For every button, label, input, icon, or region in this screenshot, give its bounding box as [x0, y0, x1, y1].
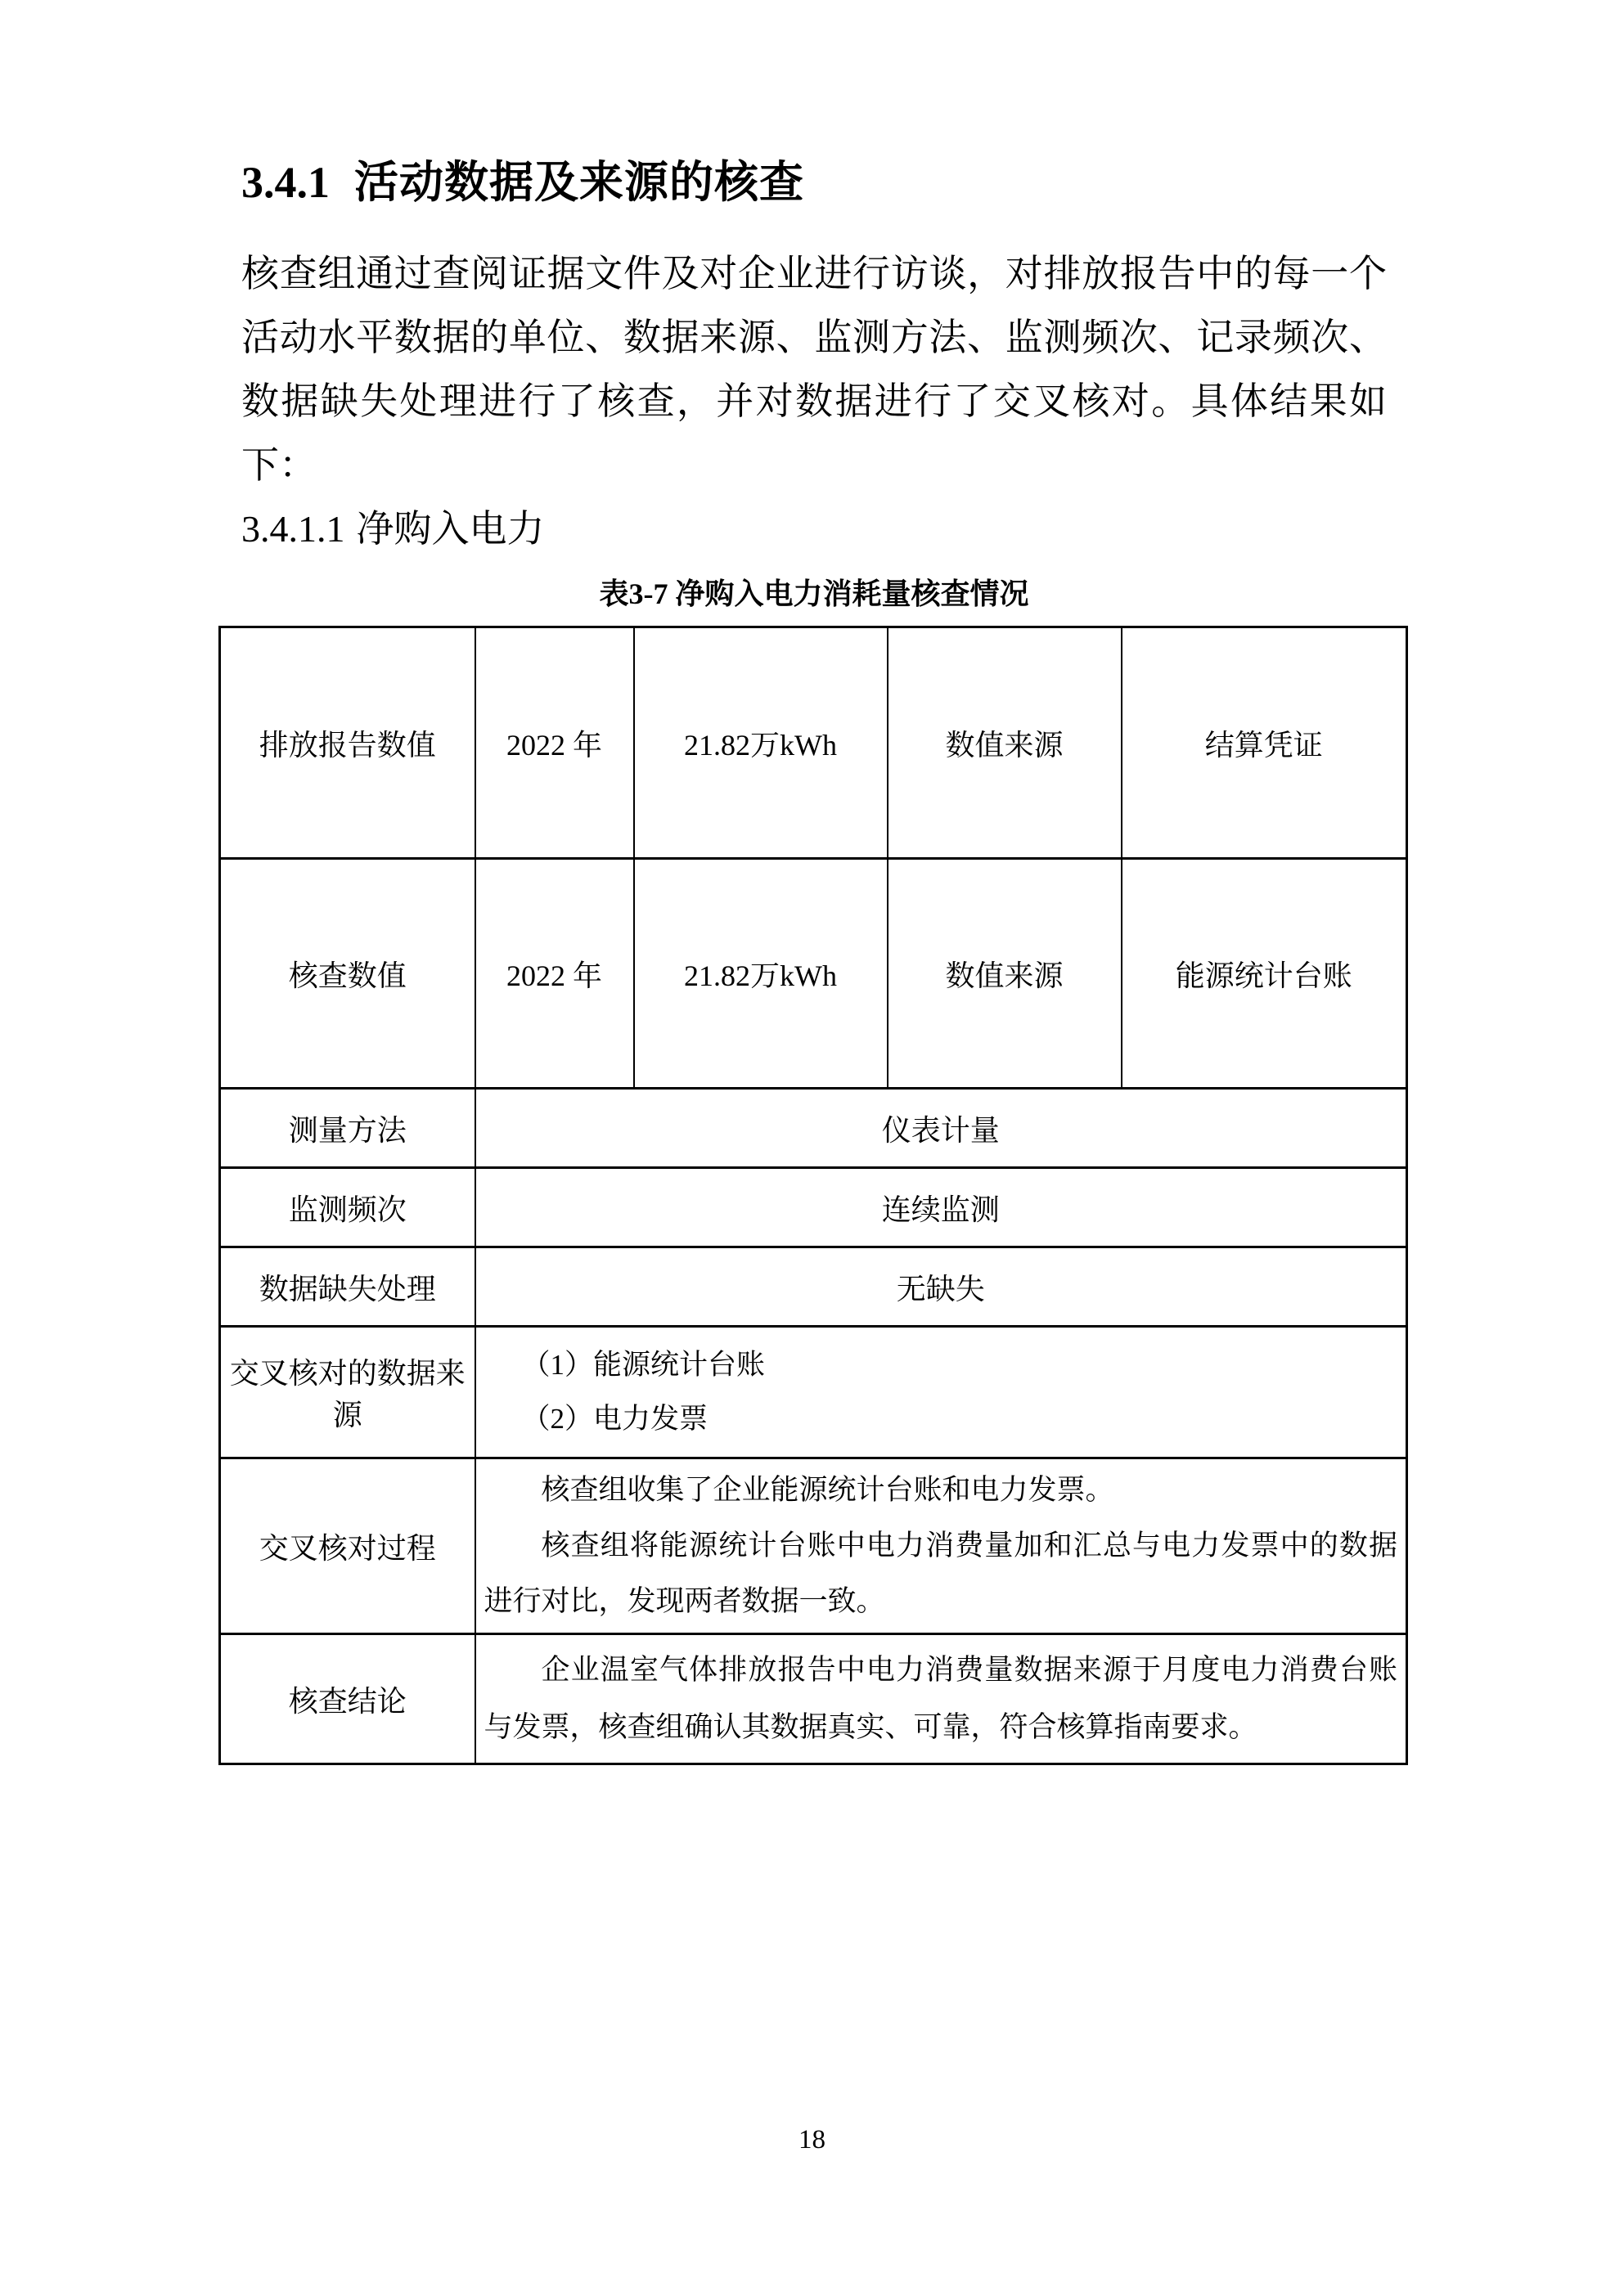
conclusion-text: 企业温室气体排放报告中电力消费量数据来源于月度电力消费台账与发票，核查组确认其数…: [479, 1642, 1403, 1756]
cell-verified-year: 2022 年: [475, 859, 634, 1089]
subsection-title: 净购入电力: [357, 508, 545, 550]
cell-report-source: 结算凭证: [1122, 627, 1407, 859]
row-cross-check-sources: 交叉核对的数据来源 （1）能源统计台账 （2）电力发票: [220, 1327, 1407, 1458]
cell-verified-amount: 21.82万kWh: [634, 859, 888, 1089]
row-monitoring-frequency: 监测频次 连续监测: [220, 1168, 1407, 1247]
section-title: 活动数据及来源的核查: [354, 158, 804, 207]
page-content: 3.4.1活动数据及来源的核查 核查组通过查阅证据文件及对企业进行访谈，对排放报…: [0, 0, 1624, 1765]
cell-conclusion-label: 核查结论: [220, 1634, 475, 1764]
cross-process-paragraph: 核查组将能源统计台账中电力消费量加和汇总与电力发票中的数据进行对比，发现两者数据…: [479, 1518, 1403, 1629]
cell-monitoring-value: 连续监测: [475, 1168, 1407, 1247]
cell-measurement-value: 仪表计量: [475, 1089, 1407, 1168]
section-number: 3.4.1: [241, 158, 330, 207]
table-caption: 表3-7 净购入电力消耗量核查情况: [241, 571, 1387, 613]
row-measurement-method: 测量方法 仪表计量: [220, 1089, 1407, 1168]
row-conclusion: 核查结论 企业温室气体排放报告中电力消费量数据来源于月度电力消费台账与发票，核查…: [220, 1634, 1407, 1764]
row-cross-check-process: 交叉核对过程 核查组收集了企业能源统计台账和电力发票。 核查组将能源统计台账中电…: [220, 1458, 1407, 1634]
row-verified-value: 核查数值 2022 年 21.82万kWh 数值来源 能源统计台账: [220, 859, 1407, 1089]
cell-measurement-label: 测量方法: [220, 1089, 475, 1168]
cell-conclusion-value: 企业温室气体排放报告中电力消费量数据来源于月度电力消费台账与发票，核查组确认其数…: [475, 1634, 1407, 1764]
subsection-heading: 3.4.1.1净购入电力: [241, 497, 1387, 561]
verification-table: 排放报告数值 2022 年 21.82万kWh 数值来源 结算凭证 核查数值 2…: [218, 626, 1408, 1765]
cell-report-amount: 21.82万kWh: [634, 627, 888, 859]
section-heading: 3.4.1活动数据及来源的核查: [241, 155, 1387, 209]
cell-missing-label: 数据缺失处理: [220, 1247, 475, 1327]
document-page: 3.4.1活动数据及来源的核查 核查组通过查阅证据文件及对企业进行访谈，对排放报…: [0, 0, 1624, 1765]
cell-cross-process-label: 交叉核对过程: [220, 1458, 475, 1634]
page-number: 18: [0, 2125, 1624, 2155]
subsection-number: 3.4.1.1: [241, 508, 345, 550]
cross-process-paragraph: 核查组收集了企业能源统计台账和电力发票。: [479, 1463, 1403, 1518]
cell-cross-sources-value: （1）能源统计台账 （2）电力发票: [475, 1327, 1407, 1458]
cell-cross-sources-label: 交叉核对的数据来源: [220, 1327, 475, 1458]
cross-source-item: （2）电力发票: [479, 1392, 1403, 1446]
cell-report-label: 排放报告数值: [220, 627, 475, 859]
cell-monitoring-label: 监测频次: [220, 1168, 475, 1247]
intro-paragraph: 核查组通过查阅证据文件及对企业进行访谈，对排放报告中的每一个活动水平数据的单位、…: [241, 242, 1387, 497]
cell-verified-source: 能源统计台账: [1122, 859, 1407, 1089]
cell-cross-process-value: 核查组收集了企业能源统计台账和电力发票。 核查组将能源统计台账中电力消费量加和汇…: [475, 1458, 1407, 1634]
cell-report-year: 2022 年: [475, 627, 634, 859]
cell-missing-value: 无缺失: [475, 1247, 1407, 1327]
cross-source-item: （1）能源统计台账: [479, 1338, 1403, 1392]
cell-report-source-label: 数值来源: [888, 627, 1122, 859]
cell-verified-label: 核查数值: [220, 859, 475, 1089]
cell-verified-source-label: 数值来源: [888, 859, 1122, 1089]
row-missing-data: 数据缺失处理 无缺失: [220, 1247, 1407, 1327]
row-report-value: 排放报告数值 2022 年 21.82万kWh 数值来源 结算凭证: [220, 627, 1407, 859]
